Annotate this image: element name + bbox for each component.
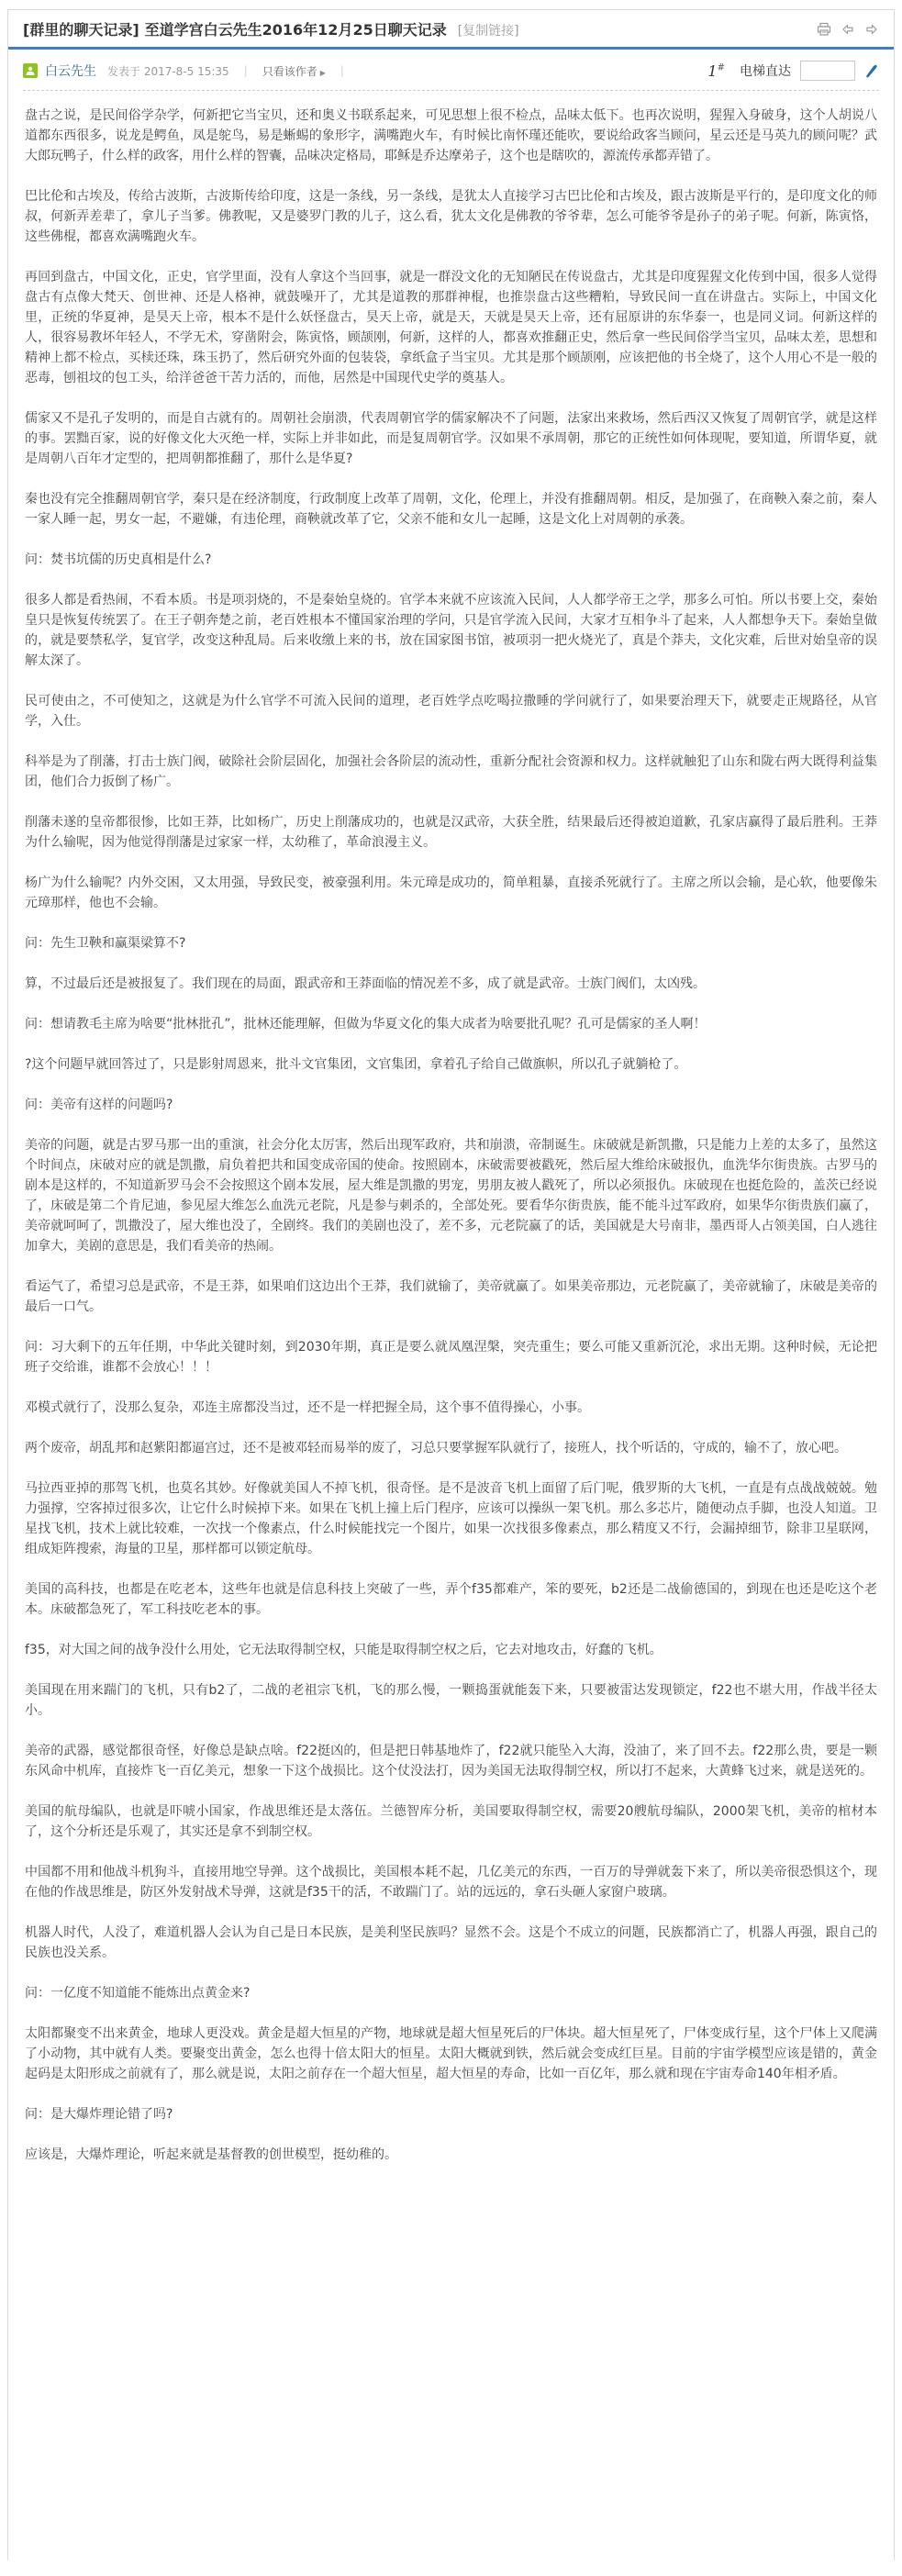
meta-divider: |	[340, 64, 344, 77]
post-paragraph: 问：先生卫鞅和赢渠梁算不?	[25, 933, 877, 953]
online-status-icon	[23, 63, 38, 78]
post-paragraph: 美帝的武器，感觉都很奇怪，好像总是缺点啥。f22挺凶的，但是把日韩基地炸了，f2…	[25, 1741, 877, 1781]
print-icon[interactable]	[817, 22, 831, 37]
post-paragraph: 马拉西亚掉的那驾飞机，也莫名其妙。好像就美国人不掉飞机，很奇怪。是不是波音飞机上…	[25, 1478, 877, 1559]
post-paragraph: 问：美帝有这样的问题吗?	[25, 1095, 877, 1115]
elevator-floor-input[interactable]	[800, 61, 855, 81]
post-paragraph: 美国的高科技，也都是在吃老本，这些年也就是信息科技上突破了一些，弄个f35都难产…	[25, 1579, 877, 1620]
thread-title-group: [群里的聊天记录] 至道学宫白云先生2016年12月25日聊天记录 [复制链接]	[23, 18, 519, 39]
thread-tag: [群里的聊天记录]	[23, 18, 139, 39]
copy-link[interactable]: [复制链接]	[458, 21, 519, 39]
post-paragraph: 问：一亿度不知道能不能炼出点黄金来?	[25, 1983, 877, 2003]
title-toolbar	[817, 22, 879, 37]
thread-title-bar: [群里的聊天记录] 至道学宫白云先生2016年12月25日聊天记录 [复制链接]	[8, 10, 894, 50]
post-paragraph: 盘古之说，是民间俗学杂学，何新把它当宝贝，还和奥义书联系起来，可见思想上很不检点…	[25, 106, 877, 166]
floor-hash: #	[718, 62, 725, 72]
only-author-label: 只看该作者	[262, 65, 317, 78]
post-paragraph: 美帝的问题，就是古罗马那一出的重演，社会分化太厉害，然后出现军政府，共和崩溃，帝…	[25, 1135, 877, 1256]
post-body: 盘古之说，是民间俗学杂学，何新把它当宝贝，还和奥义书联系起来，可见思想上很不检点…	[8, 91, 894, 2202]
meta-divider: |	[244, 64, 248, 77]
post-paragraph: 邓模式就行了，没那么复杂，邓连主席都没当过，还不是一样把握全局，这个事不值得操心…	[25, 1398, 877, 1418]
post-timestamp: 发表于 2017-8-5 15:35	[107, 63, 229, 79]
prev-thread-icon[interactable]	[841, 22, 855, 37]
post-paragraph: 机器人时代，人没了，难道机器人会认为自己是日本民族，是美利坚民族吗？显然不会。这…	[25, 1923, 877, 1963]
post-paragraph: 看运气了，希望习总是武帝，不是王莽，如果咱们这边出个王莽，我们就输了，美帝就赢了…	[25, 1277, 877, 1317]
next-thread-icon[interactable]	[864, 22, 879, 37]
post-paragraph: 秦也没有完全推翻周朝官学，秦只是在经济制度，行政制度上改革了周朝，文化，伦理上，…	[25, 489, 877, 530]
only-author-link[interactable]: 只看该作者▶	[262, 63, 326, 79]
post-paragraph: 问：想请教毛主席为啥要“批林批孔”，批林还能理解，但做为华夏文化的集大成者为啥要…	[25, 1014, 877, 1034]
post-paragraph: 应该是，大爆炸理论，听起来就是基督教的创世模型，挺幼稚的。	[25, 2145, 877, 2165]
post-paragraph: 中国都不用和他战斗机狗斗，直接用地空导弹。这个战损比，美国根本耗不起，几亿美元的…	[25, 1862, 877, 1902]
elevator-label: 电梯直达	[740, 61, 791, 80]
post-paragraph: 太阳都聚变不出来黄金，地球人更没戏。黄金是超大恒星的产物，地球就是超大恒星死后的…	[25, 2024, 877, 2084]
post-author-group: 白云先生 发表于 2017-8-5 15:35 | 只看该作者▶ |	[23, 61, 351, 80]
post-paragraph: 两个废帝，胡乱邦和赵紫阳都逼宫过，还不是被邓轻而易举的废了，习总只要掌握军队就行…	[25, 1438, 877, 1458]
post-paragraph: 美国现在用来踹门的飞机，只有b2了，二战的老祖宗飞机，飞的那么慢，一颗捣蛋就能轰…	[25, 1680, 877, 1721]
post-paragraph: 杨广为什么输呢？内外交困，又太用强，导致民变，被豪强利用。朱元璋是成功的，简单粗…	[25, 873, 877, 913]
post-paragraph: 算，不过最后还是被报复了。我们现在的局面，跟武帝和王莽面临的情况差不多，成了就是…	[25, 974, 877, 994]
author-username-link[interactable]: 白云先生	[45, 61, 96, 80]
post-paragraph: 很多人都是看热闹，不看本质。书是项羽烧的，不是秦始皇烧的。官学本来就不应该流入民…	[25, 590, 877, 671]
thread-container: [群里的聊天记录] 至道学宫白云先生2016年12月25日聊天记录 [复制链接]	[7, 9, 895, 2560]
chevron-right-icon: ▶	[320, 69, 326, 77]
post-paragraph: f35，对大国之间的战争没什么用处，它无法取得制空权，只能是取得制空权之后，它去…	[25, 1640, 877, 1660]
post-paragraph: 民可使由之，不可使知之，这就是为什么官学不可流入民间的道理，老百姓学点吃喝拉撒睡…	[25, 691, 877, 731]
post-paragraph: 问：焚书坑儒的历史真相是什么?	[25, 550, 877, 570]
floor-elevator-group: 1# 电梯直达	[707, 61, 879, 81]
post-meta-bar: 白云先生 发表于 2017-8-5 15:35 | 只看该作者▶ | 1# 电梯…	[8, 50, 894, 90]
post-paragraph: 巴比伦和古埃及，传给古波斯，古波斯传给印度，这是一条线，另一条线，是犹太人直接学…	[25, 186, 877, 247]
post-paragraph: 问：是大爆炸理论错了吗?	[25, 2104, 877, 2124]
floor-number: 1#	[707, 62, 725, 80]
post-paragraph: 问：习大剩下的五年任期，中华此关键时刻，到2030年期，真正是要么就凤凰涅槃，突…	[25, 1337, 877, 1377]
post-paragraph: 再回到盘古，中国文化，正史，官学里面，没有人拿这个当回事，就是一群没文化的无知陋…	[25, 267, 877, 388]
post-paragraph: 儒家又不是孔子发明的，而是自古就有的。周朝社会崩溃，代表周朝官学的儒家解决不了问…	[25, 408, 877, 469]
page-title: 至道学宫白云先生2016年12月25日聊天记录	[145, 18, 447, 39]
post-paragraph: ?这个问题早就回答过了，只是影射周恩来，批斗文官集团，文官集团，拿着孔子给自己做…	[25, 1054, 877, 1075]
elevator-go-icon[interactable]	[864, 63, 879, 78]
post-paragraph: 美国的航母编队，也就是吓唬小国家，作战思维还是太落伍。兰德智库分析，美国要取得制…	[25, 1801, 877, 1842]
post-paragraph: 科举是为了削藩，打击士族门阀，破除社会阶层固化，加强社会各阶层的流动性，重新分配…	[25, 752, 877, 792]
post-paragraph: 削藩未遂的皇帝都很惨，比如王莽，比如杨广，历史上削藩成功的，也就是汉武帝，大获全…	[25, 812, 877, 853]
